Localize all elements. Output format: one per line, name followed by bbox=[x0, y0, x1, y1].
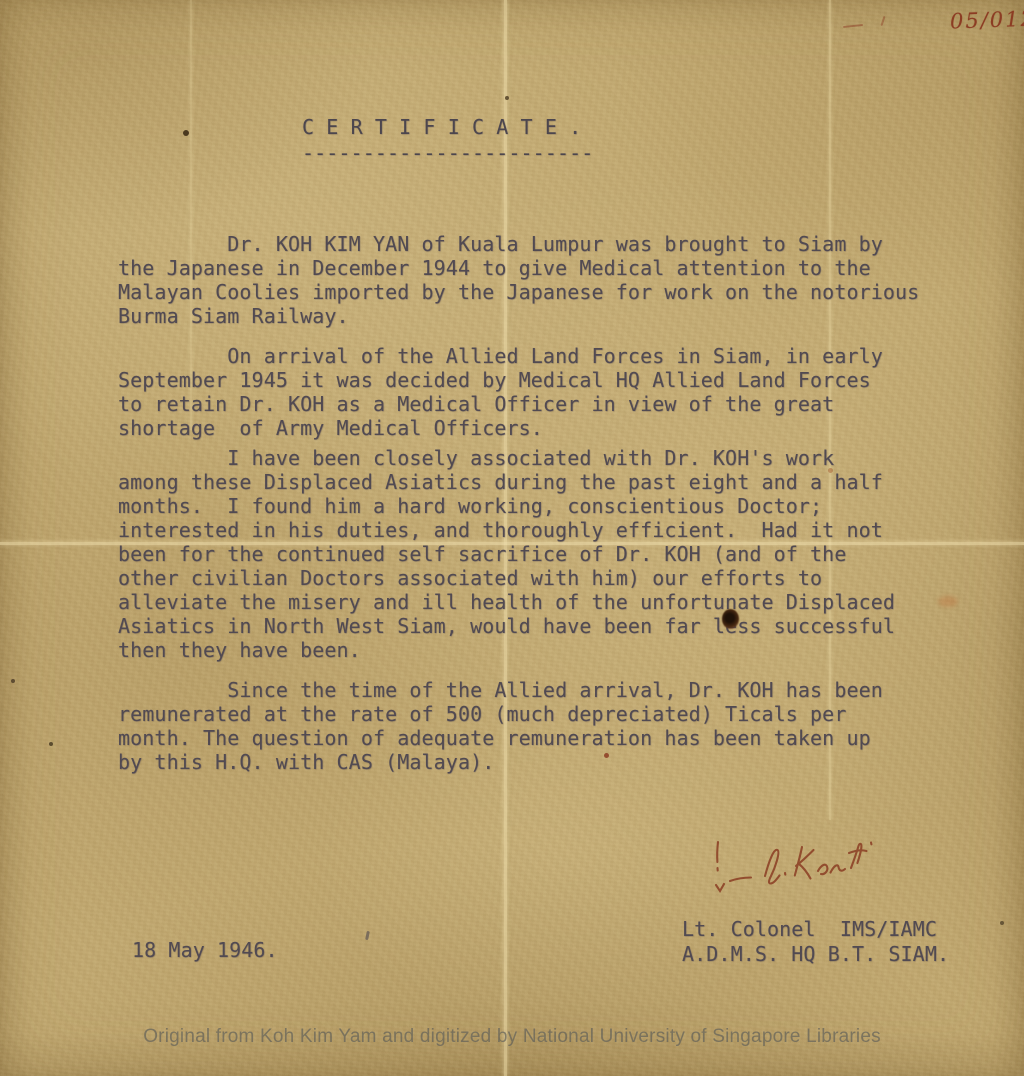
stray-ink-tick bbox=[365, 931, 370, 940]
ink-speck bbox=[1000, 921, 1004, 925]
paragraph-2: On arrival of the Allied Land Forces in … bbox=[118, 344, 883, 440]
ink-speck bbox=[11, 679, 15, 683]
ink-speck bbox=[49, 742, 53, 746]
paragraph-4: Since the time of the Allied arrival, Dr… bbox=[118, 678, 883, 774]
faint-pen-mark bbox=[881, 16, 886, 26]
ink-speck bbox=[183, 130, 189, 136]
digitization-watermark: Original from Koh Kim Yam and digitized … bbox=[0, 1026, 1024, 1048]
document-title: C E R T I F I C A T E . ----------------… bbox=[302, 114, 593, 166]
paragraph-3: I have been closely associated with Dr. … bbox=[118, 446, 895, 662]
paragraph-1: Dr. KOH KIM YAN of Kuala Lumpur was brou… bbox=[118, 232, 919, 328]
faint-pen-mark bbox=[843, 24, 863, 28]
rust-smudge bbox=[938, 596, 958, 607]
document-date: 18 May 1946. bbox=[132, 938, 278, 962]
handwritten-signature bbox=[680, 830, 940, 910]
reference-number: 05/012 bbox=[950, 7, 1024, 34]
ink-speck bbox=[505, 96, 509, 100]
signatory-rank-and-unit: Lt. Colonel IMS/IAMC A.D.M.S. HQ B.T. SI… bbox=[682, 917, 949, 967]
scanned-certificate-page: 05/012 C E R T I F I C A T E . ---------… bbox=[0, 0, 1024, 1076]
